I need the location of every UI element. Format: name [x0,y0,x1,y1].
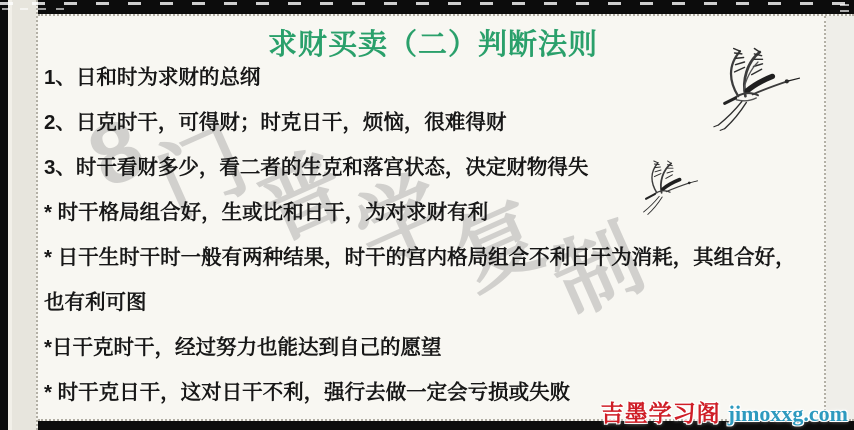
rule-line: 2、日克时干，可得财；时克日干，烦恼，很难得财 [44,111,824,134]
site-logo: 吉墨学习阁 jimoxxg.com [601,395,848,428]
film-strip-ticks [0,2,854,5]
rule-line: * 时干格局组合好，生或比和日干，为对求财有利 [44,201,824,224]
rule-line: 3、时干看财多少，看二者的生克和落宫状态，决定财物得失 [44,156,824,179]
page-title: 求财买卖（二）判断法则 [38,22,828,63]
rule-line: *日干克时干，经过努力也能达到自己的愿望 [44,336,824,359]
rule-line: * 日干生时干时一般有两种结果，时干的宫内格局组合不利日干为消耗，其组合好， [44,246,824,269]
slide-frame: 求财买卖（二）判断法则 1、日和时为求财的总纲 2、日克时干，可得财；时克日干，… [0,0,854,430]
page-left-margin [8,0,38,430]
rule-line: 也有利可图 [44,291,824,314]
slide-page: 求财买卖（二）判断法则 1、日和时为求财的总纲 2、日克时干，可得财；时克日干，… [38,14,854,421]
site-name: 吉墨学习阁 [601,395,721,428]
site-url: jimoxxg.com [728,401,848,427]
rule-list: 1、日和时为求财的总纲 2、日克时干，可得财；时克日干，烦恼，很难得财 3、时干… [44,66,824,426]
page-right-margin [826,16,854,419]
film-strip-ticks-small [2,8,72,10]
rule-line: 1、日和时为求财的总纲 [44,66,824,89]
